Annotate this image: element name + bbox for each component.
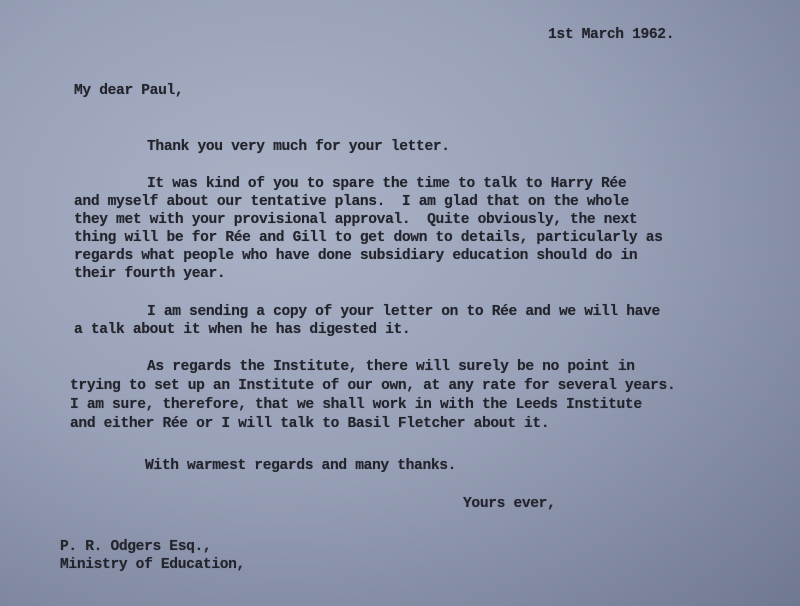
- paragraph-2-line-2: and myself about our tentative plans. I …: [74, 193, 629, 211]
- paragraph-2-line-6: their fourth year.: [74, 265, 225, 283]
- salutation: My dear Paul,: [74, 82, 183, 100]
- paragraph-4-line-2: trying to set up an Institute of our own…: [70, 377, 675, 395]
- paragraph-1-line-1: Thank you very much for your letter.: [147, 138, 450, 156]
- recipient-name: P. R. Odgers Esq.,: [60, 538, 211, 556]
- paragraph-3-line-2: a talk about it when he has digested it.: [74, 321, 410, 339]
- letter-date: 1st March 1962.: [548, 26, 674, 44]
- paragraph-4-line-3: I am sure, therefore, that we shall work…: [70, 396, 642, 414]
- paragraph-2-line-3: they met with your provisional approval.…: [74, 211, 637, 229]
- paragraph-5-line-1: With warmest regards and many thanks.: [145, 457, 456, 475]
- paragraph-2-line-5: regards what people who have done subsid…: [74, 247, 637, 265]
- paragraph-4-line-4: and either Rée or I will talk to Basil F…: [70, 415, 549, 433]
- paragraph-4-line-1: As regards the Institute, there will sur…: [147, 358, 635, 376]
- recipient-organization: Ministry of Education,: [60, 556, 245, 574]
- paragraph-2-line-1: It was kind of you to spare the time to …: [147, 175, 626, 193]
- paragraph-2-line-4: thing will be for Rée and Gill to get do…: [74, 229, 663, 247]
- paragraph-3-line-1: I am sending a copy of your letter on to…: [147, 303, 660, 321]
- typed-letter: 1st March 1962. My dear Paul, Thank you …: [0, 0, 800, 606]
- closing: Yours ever,: [463, 495, 556, 513]
